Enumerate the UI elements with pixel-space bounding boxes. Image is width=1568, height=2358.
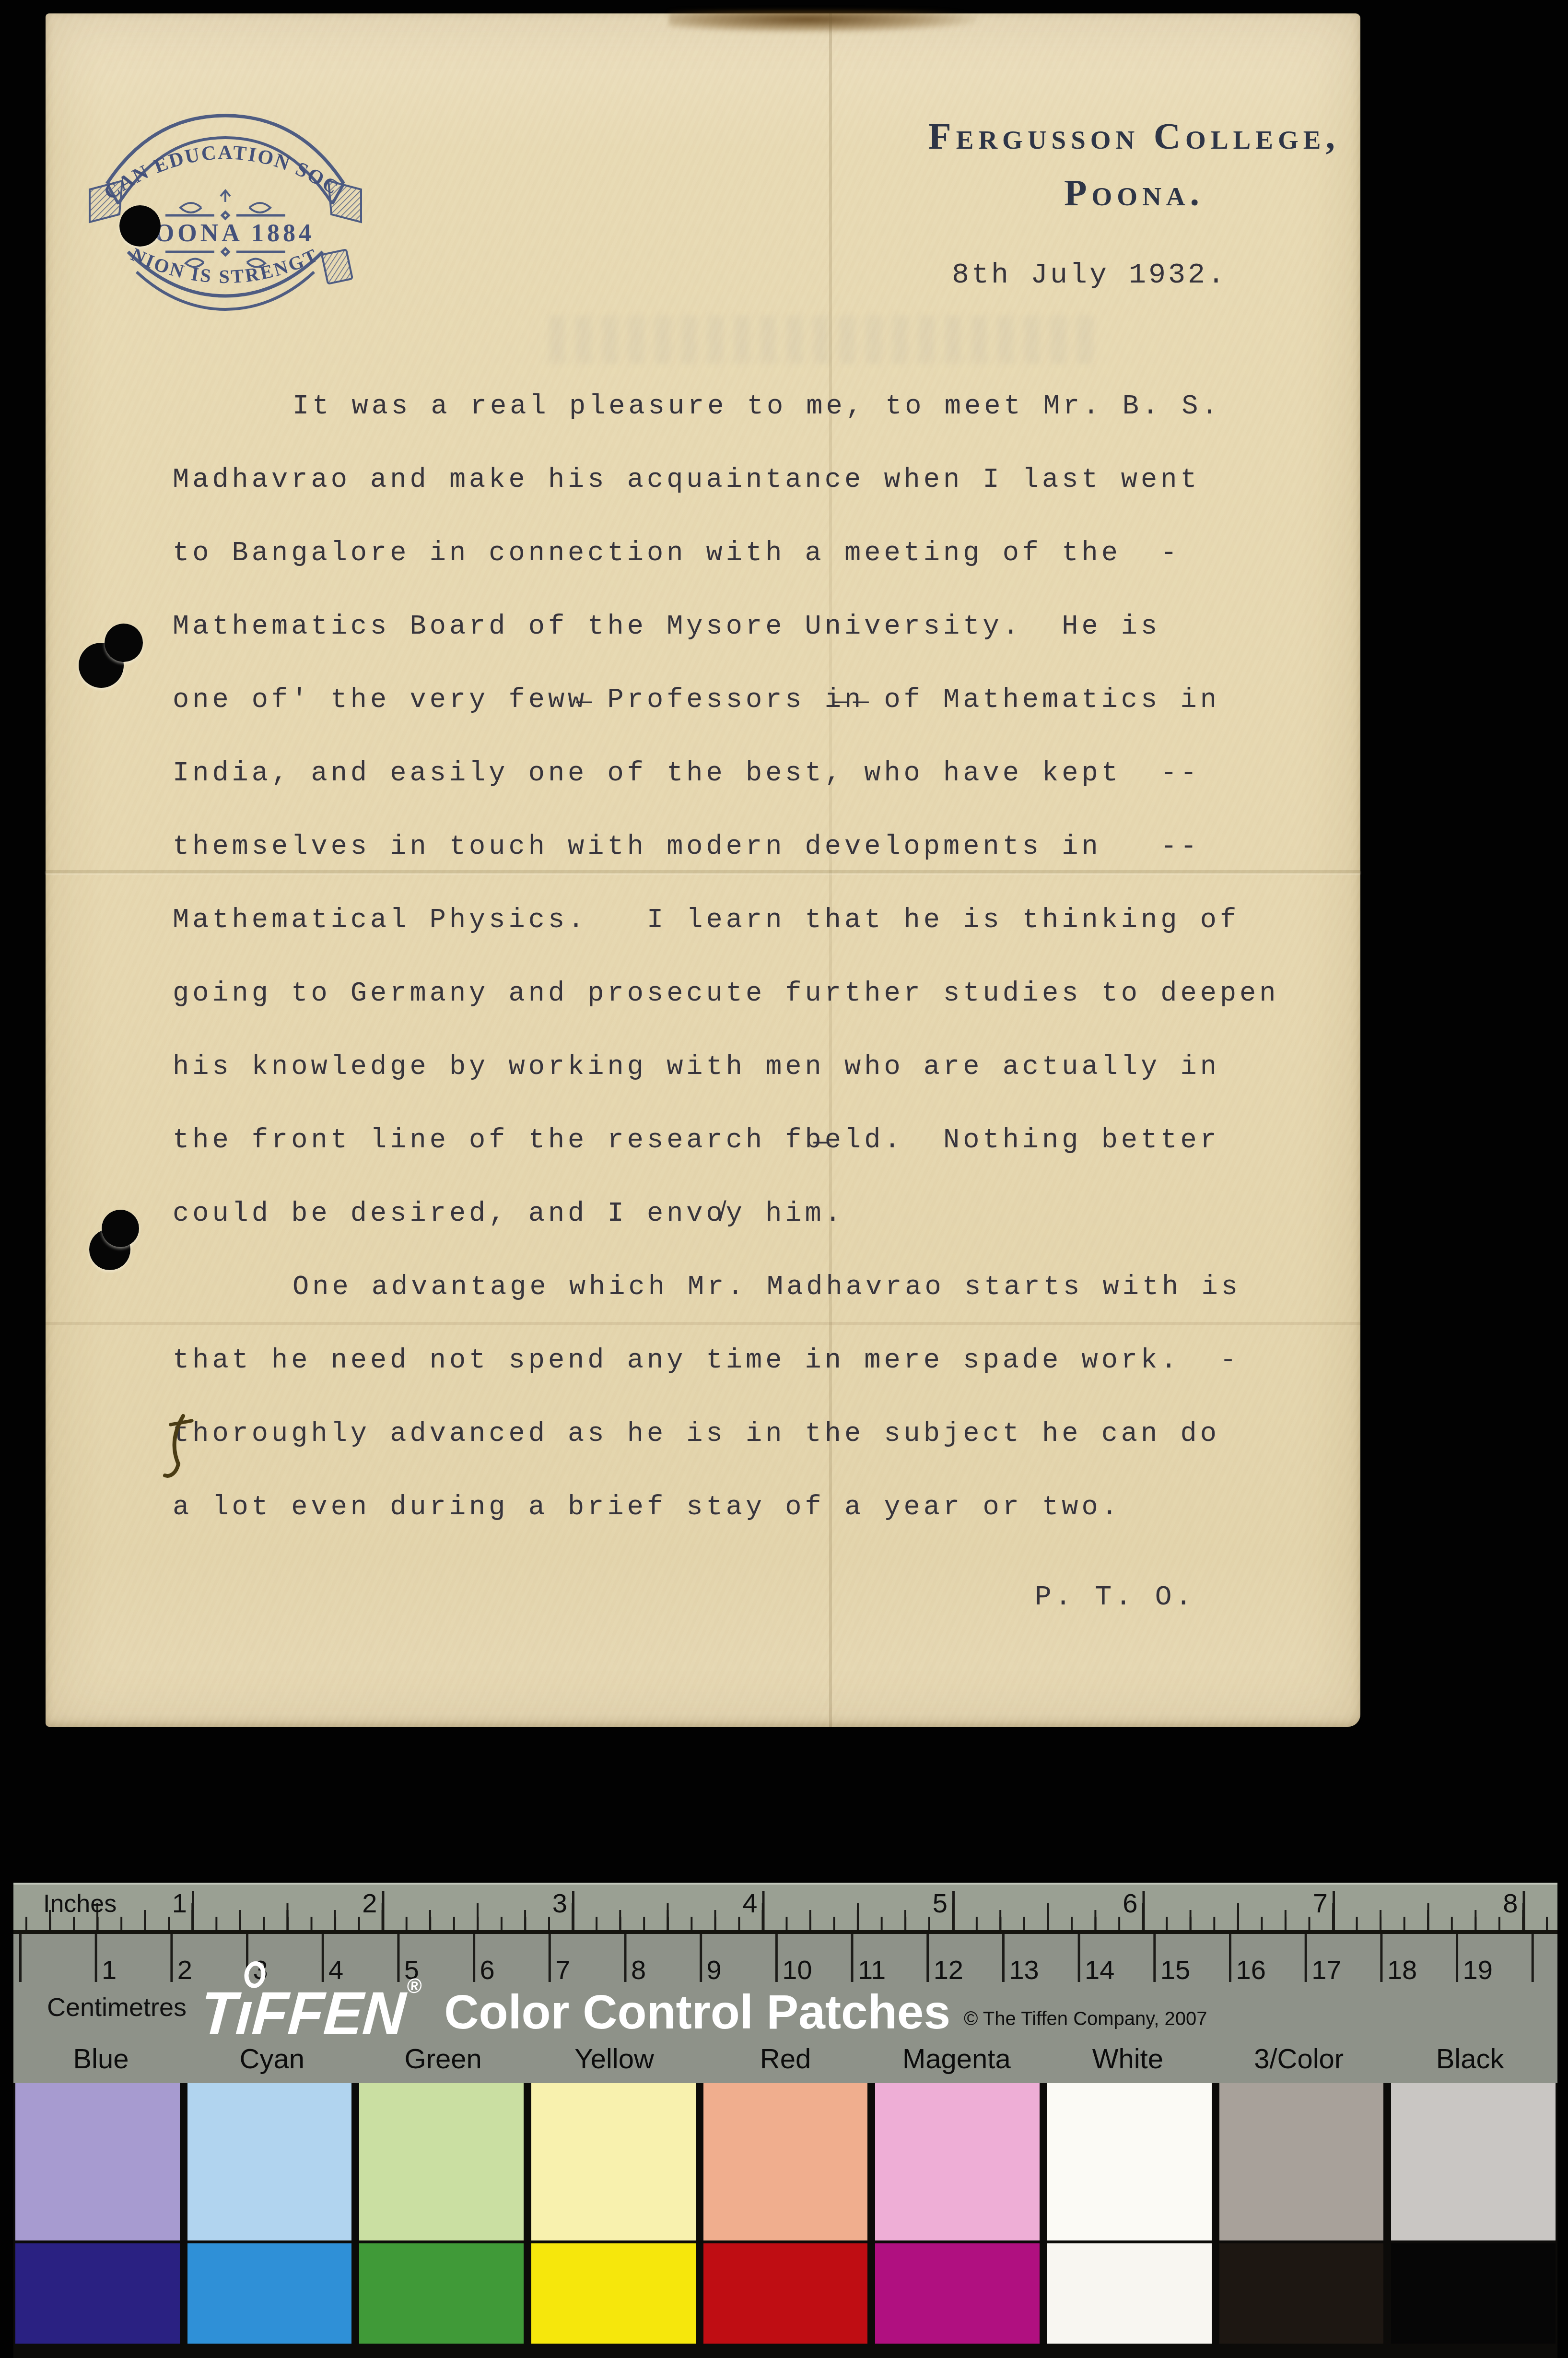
cm-number: 17 bbox=[1311, 1954, 1341, 1985]
typed-line: could be desired, and I envo̸y him. bbox=[173, 1178, 1381, 1251]
typed-line: Mathematical Physics. I learn that he is… bbox=[173, 884, 1381, 957]
inch-number: 8 bbox=[1485, 1887, 1518, 1919]
letter-body: It was a real pleasure to me, to meet Mr… bbox=[173, 370, 1381, 1544]
cm-number: 15 bbox=[1160, 1954, 1190, 1985]
typed-line: the front line of the research fb̶eld. N… bbox=[173, 1104, 1381, 1178]
inch-number: 2 bbox=[344, 1887, 377, 1919]
typed-line: Madhavrao and make his acquaintance when… bbox=[173, 444, 1381, 517]
centimetres-label: Centimetres bbox=[47, 1993, 187, 2022]
cm-number: 1 bbox=[102, 1954, 117, 1985]
color-patch-black-pastel bbox=[1391, 2083, 1556, 2240]
typed-line: India, and easily one of the best, who h… bbox=[173, 737, 1381, 811]
inch-number: 6 bbox=[1104, 1887, 1138, 1919]
patch-label: Black bbox=[1384, 2043, 1556, 2075]
patch-label: Red bbox=[700, 2043, 871, 2075]
inch-number: 1 bbox=[153, 1887, 187, 1919]
typed-line: his knowledge by working with men who ar… bbox=[173, 1031, 1381, 1104]
color-patch-magenta-saturated bbox=[875, 2243, 1040, 2344]
tiffen-logo: TıFFEN® bbox=[198, 1978, 422, 2048]
patch-label: Yellow bbox=[529, 2043, 700, 2075]
color-control-patches-title: Color Control Patches bbox=[444, 1985, 950, 2040]
typed-line: that he need not spend any time in mere … bbox=[173, 1324, 1381, 1398]
cm-number: 13 bbox=[1009, 1954, 1039, 1985]
typed-line: thoroughly advanced as he is in the subj… bbox=[173, 1398, 1381, 1471]
color-patch-yellow-pastel bbox=[531, 2083, 696, 2240]
typed-line: Mathematics Board of the Mysore Universi… bbox=[173, 590, 1381, 664]
color-patch-white-saturated bbox=[1047, 2243, 1212, 2344]
top-edge-stain bbox=[669, 11, 976, 33]
tiffen-color-card: Inches 12345678 123456789101112131415161… bbox=[13, 1883, 1557, 2358]
pto-note: P. T. O. bbox=[1035, 1582, 1195, 1613]
patch-label: Cyan bbox=[187, 2043, 358, 2075]
cm-number: 2 bbox=[177, 1954, 192, 1985]
typed-line: going to Germany and prosecute further s… bbox=[173, 957, 1381, 1031]
color-patch-3color-pastel bbox=[1219, 2083, 1384, 2240]
inch-number: 3 bbox=[534, 1887, 567, 1919]
inch-number: 5 bbox=[914, 1887, 948, 1919]
patch-label: Magenta bbox=[871, 2043, 1042, 2075]
cm-number: 14 bbox=[1085, 1954, 1114, 1985]
color-patch-yellow-saturated bbox=[531, 2243, 696, 2344]
patch-label-row: BlueCyanGreenYellowRedMagentaWhite3/Colo… bbox=[13, 2043, 1557, 2075]
cm-number: 16 bbox=[1236, 1954, 1266, 1985]
color-patch-blue-saturated bbox=[15, 2243, 180, 2344]
color-patch-cyan-pastel bbox=[187, 2083, 352, 2240]
cm-number: 19 bbox=[1463, 1954, 1493, 1985]
tiffen-brand-row: TıFFEN® Color Control Patches bbox=[200, 1980, 950, 2047]
emblem-center-text: POONA 1884 bbox=[136, 220, 315, 247]
letter-date: 8th July 1932. bbox=[952, 259, 1227, 292]
inch-ruler: Inches 12345678 bbox=[13, 1885, 1557, 1934]
college-line1: Fergusson College, bbox=[885, 108, 1383, 165]
pen-correction-mark bbox=[162, 1414, 196, 1481]
registered-mark: ® bbox=[406, 1974, 422, 1998]
color-patch-cyan-saturated bbox=[187, 2243, 352, 2344]
typed-line: themselves in touch with modern developm… bbox=[173, 811, 1381, 884]
letterhead-college-name: Fergusson College, Poona. bbox=[885, 108, 1383, 221]
typed-line: a lot even during a brief stay of a year… bbox=[173, 1471, 1381, 1544]
patch-label: 3/Color bbox=[1213, 2043, 1384, 2075]
punch-hole-logo bbox=[119, 205, 161, 247]
color-patch-grid bbox=[13, 2083, 1557, 2358]
patch-label: Blue bbox=[15, 2043, 187, 2075]
inch-number: 4 bbox=[724, 1887, 758, 1919]
punch-hole-middle-b bbox=[105, 624, 143, 662]
inches-label: Inches bbox=[43, 1889, 117, 1918]
cm-number: 18 bbox=[1387, 1954, 1417, 1985]
color-patch-green-pastel bbox=[359, 2083, 524, 2240]
typed-line: to Bangalore in connection with a meetin… bbox=[173, 517, 1381, 590]
color-patch-magenta-pastel bbox=[875, 2083, 1040, 2240]
scanned-letter-photo: DECCAN EDUCATION SOCIETY POONA 1884 UNIO… bbox=[0, 0, 1568, 2358]
color-patch-red-pastel bbox=[703, 2083, 868, 2240]
patch-label: White bbox=[1042, 2043, 1213, 2075]
typed-line: One advantage which Mr. Madhavrao starts… bbox=[173, 1251, 1381, 1324]
color-patch-red-saturated bbox=[703, 2243, 868, 2344]
ink-ghost-impression bbox=[549, 316, 1100, 364]
color-patch-black-saturated bbox=[1391, 2243, 1556, 2344]
typed-line: one of' the very feww̶ Professors i̶n̶ o… bbox=[173, 664, 1381, 737]
inch-number: 7 bbox=[1294, 1887, 1328, 1919]
punch-hole-lower-b bbox=[102, 1210, 139, 1247]
color-patch-blue-pastel bbox=[15, 2083, 180, 2240]
color-patch-white-pastel bbox=[1047, 2083, 1212, 2240]
college-line2: Poona. bbox=[885, 165, 1383, 221]
typed-line: It was a real pleasure to me, to meet Mr… bbox=[173, 370, 1381, 444]
color-patch-3color-saturated bbox=[1219, 2243, 1384, 2344]
color-patch-green-saturated bbox=[359, 2243, 524, 2344]
patch-label: Green bbox=[358, 2043, 529, 2075]
tiffen-copyright: © The Tiffen Company, 2007 bbox=[964, 2008, 1207, 2030]
